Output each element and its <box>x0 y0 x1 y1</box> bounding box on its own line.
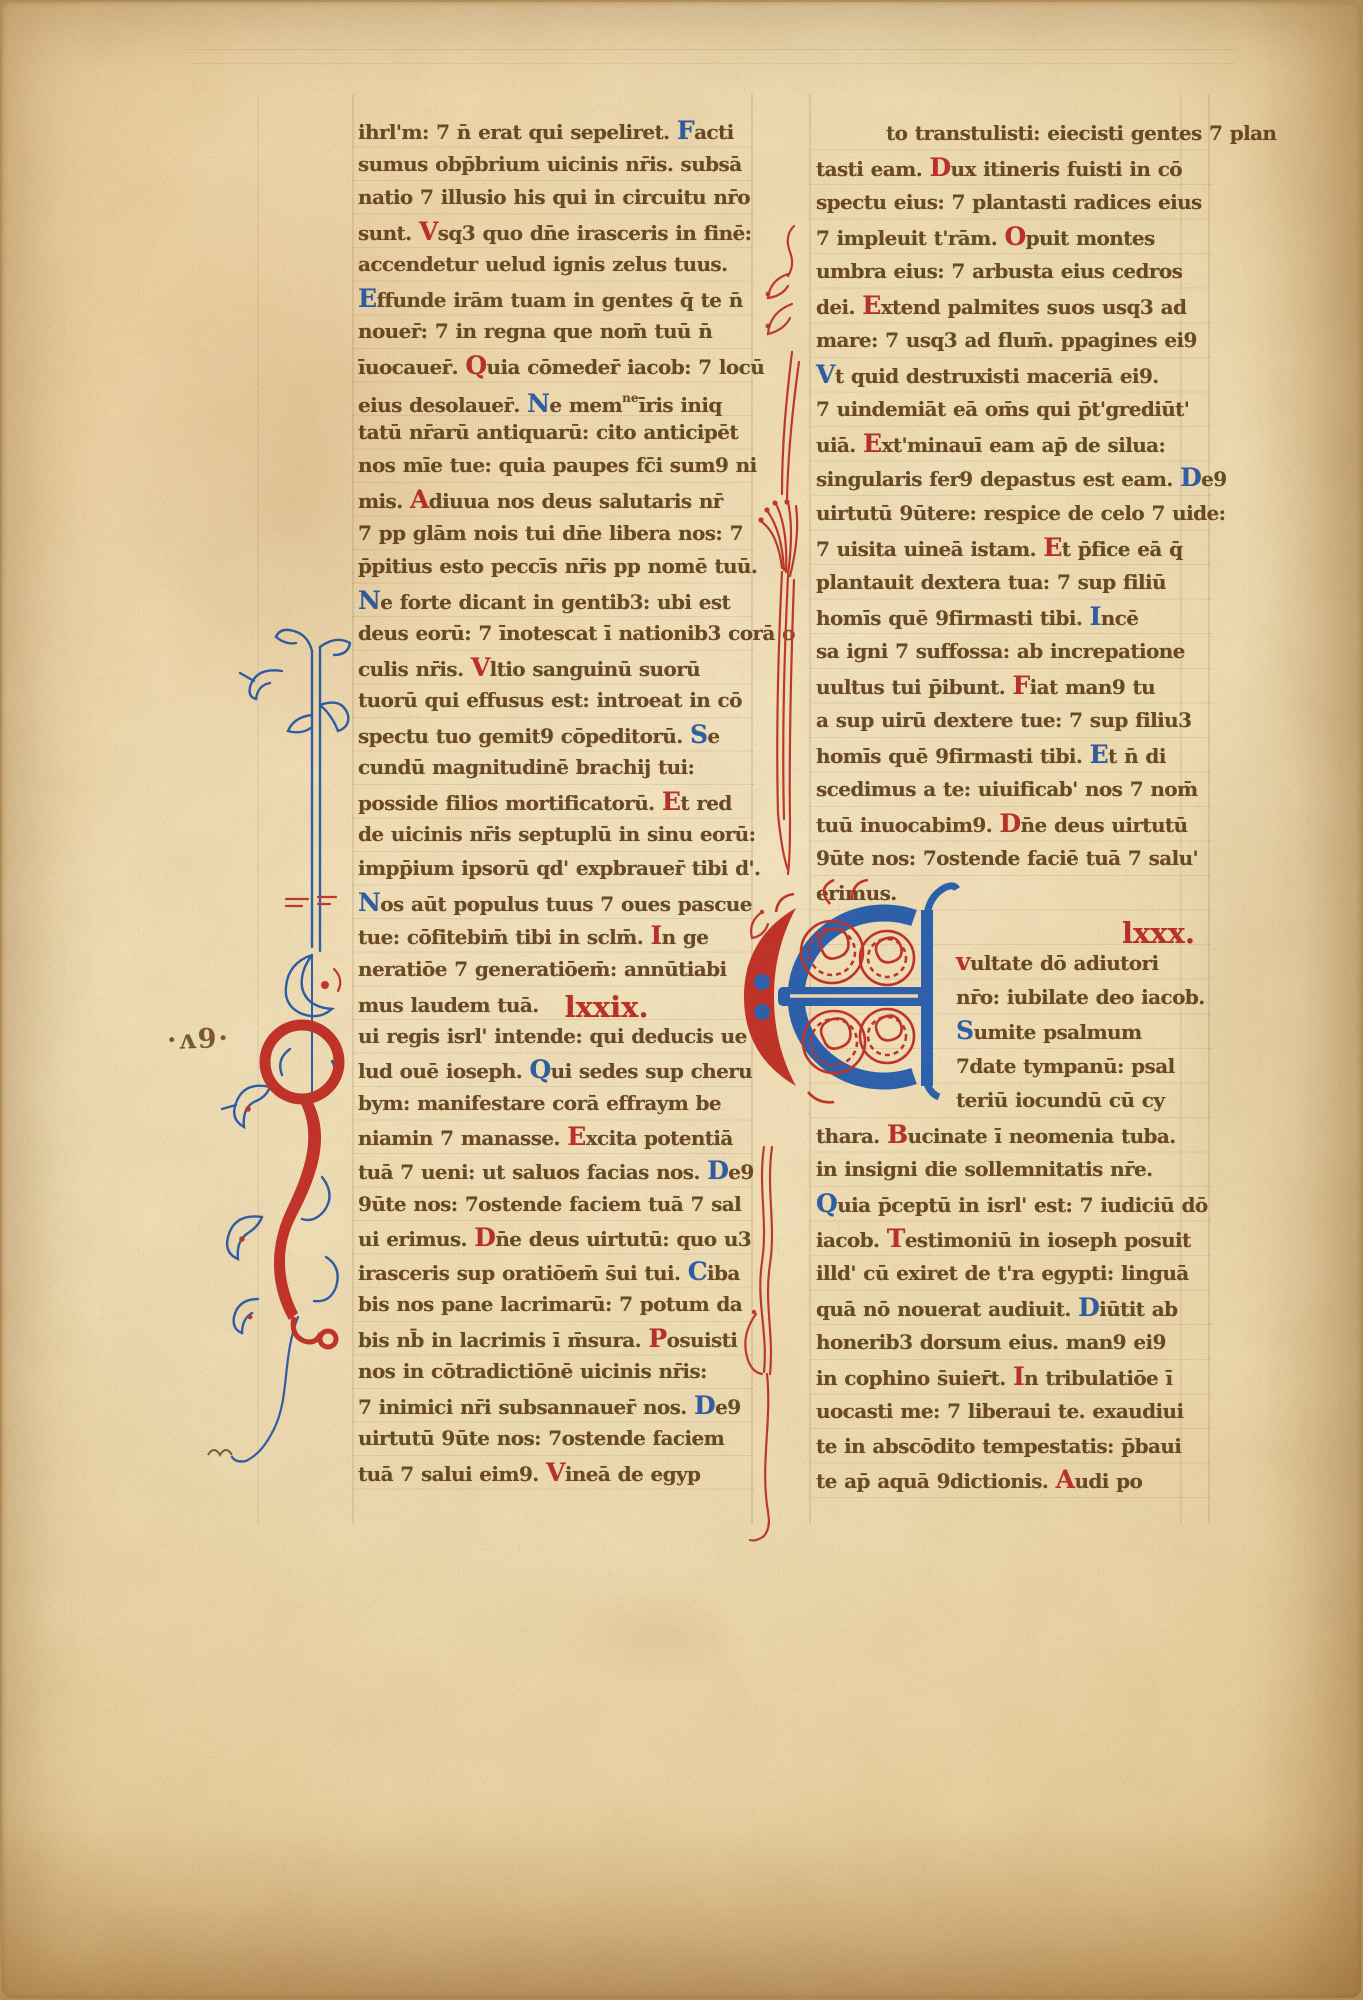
text-line: bis nb̄ in lacrimis ī m̄sura. Posuisti <box>358 1322 758 1356</box>
parchment-stain <box>1241 2 1361 1998</box>
text-segment: 7date tympanū: psal <box>956 1054 1175 1078</box>
text-segment: N <box>358 586 380 615</box>
text-segment: in insigni die sollemnitatis nr̄e. <box>816 1157 1153 1181</box>
text-segment: 7 uisita uineā istam. <box>816 537 1043 561</box>
text-line: illd' cū exiret de t'ra egypti: linguā <box>816 1256 1220 1291</box>
text-segment: nos mīe tue: quia paupes fc̄i sum9 ni <box>358 453 757 477</box>
text-line: vultate dō adiutori <box>816 945 1220 980</box>
ruling-vertical <box>257 94 259 1524</box>
text-line: mus laudem tuā.lxxix. <box>358 986 758 1020</box>
text-segment: E <box>1043 533 1061 562</box>
text-segment: sunt. <box>358 221 419 245</box>
text-segment: mis. <box>358 489 410 513</box>
text-line: teriū iocundū cū cy <box>816 1083 1220 1118</box>
text-line: niamin 7 manasse. Excita potentiā <box>358 1120 758 1154</box>
text-segment: Q <box>529 1055 550 1084</box>
text-segment: n tribulatiōe ī <box>1024 1366 1172 1390</box>
text-segment: uirtutū 9ūte nos: 7ostende faciem <box>358 1426 724 1450</box>
text-segment: dei. <box>816 295 862 319</box>
text-line: tuorū qui effusus est: introeat in cō <box>358 684 758 718</box>
text-line: honerib3 dorsum eius. man9 ei9 <box>816 1325 1220 1360</box>
text-segment: ui erimus. <box>358 1227 474 1251</box>
text-segment: n̄e deus uirtutū: quo u3 <box>495 1227 751 1251</box>
text-line: 9ūte nos: 7ostende faciē tuā 7 salu' <box>816 841 1220 876</box>
text-segment: uultus tui p̄ibunt. <box>816 675 1012 699</box>
text-segment: uirtutū 9ūtere: respice de celo 7 uide: <box>816 501 1225 525</box>
text-segment: natio 7 illusio his qui in circuitu nr̄o <box>358 185 750 209</box>
text-line: to transtulisti: eiecisti gentes 7 plan <box>816 116 1220 151</box>
text-line: de uicinis nr̄is septuplū in sinu eorū: <box>358 818 758 852</box>
text-segment: mare: 7 usq3 ad flum̄. ppagines ei9 <box>816 328 1197 352</box>
text-segment: illd' cū exiret de t'ra egypti: linguā <box>816 1261 1189 1285</box>
text-line: 7 uindemiāt eā om̄s qui p̄t'grediūt' <box>816 392 1220 427</box>
text-segment: diuua nos deus salutaris nr̄ <box>429 489 723 513</box>
manuscript-photo: { "document": { "description_note": "", … <box>0 0 1363 2000</box>
text-segment: acti <box>694 120 734 144</box>
text-segment: S <box>956 1016 973 1045</box>
text-segment: osuisti <box>667 1328 738 1352</box>
text-column-right: to transtulisti: eiecisti gentes 7 plant… <box>816 116 1220 1498</box>
text-segment: iat man9 tu <box>1030 675 1155 699</box>
text-line: ui erimus. Dn̄e deus uirtutū: quo u3 <box>358 1221 758 1255</box>
text-segment: ineā de egyp <box>565 1462 701 1486</box>
text-line: Sumite psalmum <box>816 1014 1220 1049</box>
text-line: tuū inuocabim9. Dn̄e deus uirtutū <box>816 807 1220 842</box>
text-segment: E <box>567 1122 585 1151</box>
text-segment: e forte dicant in gentib3: ubi est <box>380 590 730 614</box>
text-segment: a sup uirū dextere tue: 7 sup filiu3 <box>816 708 1191 732</box>
text-segment: accendetur uelud ignis zelus tuus. <box>358 252 727 276</box>
text-segment: tasti eam. <box>816 157 929 181</box>
text-segment: V <box>471 653 490 682</box>
text-segment: xt'minauī eam ap̄ de silua: <box>882 433 1166 457</box>
text-segment: scedimus a te: uiuificab' nos 7 nom̄ <box>816 777 1198 801</box>
text-segment: C <box>688 1257 707 1286</box>
text-segment: singularis fer9 depastus est eam. <box>816 467 1180 491</box>
text-line: scedimus a te: uiuificab' nos 7 nom̄ <box>816 772 1220 807</box>
text-line: bis nos pane lacrimarū: 7 potum da <box>358 1288 758 1322</box>
text-segment: ux itineris fuisti in cō <box>951 157 1183 181</box>
text-segment: 7 inimici nr̄i subsannauer̄ nos. <box>358 1395 694 1419</box>
text-line: uirtutū 9ūte nos: 7ostende faciem <box>358 1422 758 1456</box>
text-segment: umite psalmum <box>973 1020 1141 1044</box>
text-line: tatū nr̄arū antiquarū: cito anticipēt <box>358 416 758 450</box>
text-segment: deus eorū: 7 īnotescat ī nationib3 corā … <box>358 621 795 645</box>
text-segment: e9 <box>728 1160 753 1184</box>
text-line: neratiōe 7 generatiōem̄: annūtiabi <box>358 953 758 987</box>
text-segment: puit montes <box>1026 226 1155 250</box>
text-segment: E <box>662 787 680 816</box>
text-line: dei. Extend palmites suos usq3 ad <box>816 289 1220 324</box>
text-line: uiā. Ext'minauī eam ap̄ de silua: <box>816 427 1220 462</box>
text-segment: eius desolauer̄. <box>358 393 527 417</box>
text-segment: uiā. <box>816 433 863 457</box>
text-line: accendetur uelud ignis zelus tuus. <box>358 248 758 282</box>
text-line: natio 7 illusio his qui in circuitu nr̄o <box>358 181 758 215</box>
text-segment: O <box>1004 222 1025 251</box>
text-line: homīs quē 9firmasti tibi. Et n̄ di <box>816 738 1220 773</box>
text-line: Effunde irām tuam in gentes q̄ te n̄ <box>358 282 758 316</box>
text-segment: lud ouē ioseph. <box>358 1059 529 1083</box>
text-segment: ncē <box>1101 606 1139 630</box>
text-segment: de uicinis nr̄is septuplū in sinu eorū: <box>358 822 755 846</box>
text-segment: in cophino s̄uier̄t. <box>816 1366 1013 1390</box>
text-segment: thara. <box>816 1124 887 1148</box>
text-line: īuocauer̄. Quia cōmeder̄ iacob: 7 locū <box>358 349 758 383</box>
text-segment: ffunde irām tuam in gentes q̄ te n̄ <box>376 288 742 312</box>
text-segment: t n̄ di <box>1108 744 1166 768</box>
text-segment: E <box>1090 740 1108 769</box>
text-line: tuā 7 ueni: ut saluos facias nos. De9 <box>358 1154 758 1188</box>
text-line: uultus tui p̄ibunt. Fiat man9 tu <box>816 669 1220 704</box>
text-segment: uia p̄ceptū in isrl' est: 7 iudiciū dō <box>837 1193 1207 1217</box>
text-segment: t red <box>680 791 731 815</box>
text-segment: iba <box>707 1261 740 1285</box>
text-segment: posside filios mortificatorū. <box>358 791 662 815</box>
text-segment: e mem <box>549 393 622 417</box>
text-line: sunt. Vsq3 quo dn̄e irasceris in finē: <box>358 215 758 249</box>
text-segment: E <box>863 429 881 458</box>
text-line: erimus. <box>816 876 1220 911</box>
text-line: tuā 7 salui eim9. Vineā de egyp <box>358 1456 758 1490</box>
text-segment: udi po <box>1074 1469 1142 1493</box>
text-segment: n ge <box>662 925 709 949</box>
text-segment: xcita potentiā <box>586 1126 733 1150</box>
text-segment: ui regis isrl' intende: qui deducis ue <box>358 1024 747 1048</box>
text-line: plantauit dextera tua: 7 sup filiū <box>816 565 1220 600</box>
text-segment: uia cōmeder̄ iacob: 7 locū <box>487 355 765 379</box>
text-segment: D <box>1180 463 1201 492</box>
text-line: 7 uisita uineā istam. Et p̄fice eā q̄ <box>816 531 1220 566</box>
text-line: impp̄ium ipsorū qd' expbrauer̄ tibi d'. <box>358 852 758 886</box>
text-segment: niamin 7 manasse. <box>358 1126 567 1150</box>
text-line: cundū magnitudinē brachij tui: <box>358 751 758 785</box>
text-line: nr̄o: iubilate deo iacob. <box>816 980 1220 1015</box>
text-segment: e9 <box>715 1395 740 1419</box>
parchment-stain <box>502 1562 802 1712</box>
text-segment: sa igni 7 suffossa: ab increpatione <box>816 639 1185 663</box>
parchment-page: ihrl'm: 7 n̄ erat qui sepeliret. Factisu… <box>2 2 1361 1998</box>
marginal-annotation: ·ʌ9· <box>166 1023 230 1056</box>
text-segment: D <box>929 153 950 182</box>
text-segment: F <box>1012 671 1029 700</box>
text-segment: Q <box>465 351 486 380</box>
text-segment: p̄pitius esto peccīs nr̄is pp nomē tuū. <box>358 554 757 578</box>
text-segment: honerib3 dorsum eius. man9 ei9 <box>816 1330 1166 1354</box>
text-segment: impp̄ium ipsorū qd' expbrauer̄ tibi d'. <box>358 856 760 880</box>
text-line: ui regis isrl' intende: qui deducis ue <box>358 1020 758 1054</box>
text-segment: estimoniū in ioseph posuit <box>905 1228 1191 1252</box>
text-segment: umbra eius: 7 arbusta eius cedros <box>816 259 1182 283</box>
ruling-vertical <box>809 94 811 1524</box>
text-line: nos mīe tue: quia paupes fc̄i sum9 ni <box>358 449 758 483</box>
text-segment: nouer̄: 7 in regna que nom̄ tuū n̄ <box>358 319 712 343</box>
text-segment: D <box>999 809 1020 838</box>
text-segment: A <box>410 485 429 514</box>
text-segment: iūtit ab <box>1099 1297 1177 1321</box>
text-line: bym: manifestare corā effraym be <box>358 1087 758 1121</box>
text-segment: D <box>474 1223 495 1252</box>
text-line: spectu tuo gemit9 cōpeditorū. Se <box>358 718 758 752</box>
parchment-stain <box>2 1828 1361 1998</box>
text-segment: īuocauer̄. <box>358 355 465 379</box>
text-segment: I <box>1013 1362 1024 1391</box>
text-segment: teriū iocundū cū cy <box>956 1088 1164 1112</box>
text-segment: homīs quē 9firmasti tibi. <box>816 606 1090 630</box>
text-segment: bym: manifestare corā effraym be <box>358 1091 721 1115</box>
text-segment: neratiōe 7 generatiōem̄: annūtiabi <box>358 957 727 981</box>
text-line: irasceris sup oratiōem̄ s̄ui tui. Ciba <box>358 1255 758 1289</box>
text-segment: D <box>1078 1293 1099 1322</box>
text-line: a sup uirū dextere tue: 7 sup filiu3 <box>816 703 1220 738</box>
text-segment: bis nb̄ in lacrimis ī m̄sura. <box>358 1328 648 1352</box>
text-segment: ultate dō adiutori <box>970 951 1159 975</box>
text-line: uirtutū 9ūtere: respice de celo 7 uide: <box>816 496 1220 531</box>
text-line: uocasti me: 7 liberaui te. exaudiui <box>816 1394 1220 1429</box>
text-segment: T <box>887 1224 905 1253</box>
text-line: Ne forte dicant in gentib3: ubi est <box>358 584 758 618</box>
text-line: tue: cōfitebim̄ tibi in sclm̄. In ge <box>358 919 758 953</box>
text-segment: spectu eius: 7 plantasti radices eius <box>816 190 1202 214</box>
text-line: tasti eam. Dux itineris fuisti in cō <box>816 151 1220 186</box>
text-line: mare: 7 usq3 ad flum̄. ppagines ei9 <box>816 323 1220 358</box>
text-segment: ltio sanguinū suorū <box>490 657 700 681</box>
text-segment: F <box>677 116 694 145</box>
text-segment: ihrl'm: 7 n̄ erat qui sepeliret. <box>358 120 677 144</box>
text-line: 7 impleuit t'rām. Opuit montes <box>816 220 1220 255</box>
text-line: homīs quē 9firmasti tibi. Incē <box>816 600 1220 635</box>
text-line: in cophino s̄uier̄t. In tribulatiōe ī <box>816 1360 1220 1395</box>
text-segment: te ap̄ aquā 9dictionis. <box>816 1469 1056 1493</box>
text-line: nos in cōtradictiōnē uicinis nr̄is: <box>358 1355 758 1389</box>
text-segment: D <box>707 1156 728 1185</box>
text-segment: tuā 7 salui eim9. <box>358 1462 546 1486</box>
text-line: iacob. Testimoniū in ioseph posuit <box>816 1222 1220 1257</box>
text-segment: tatū nr̄arū antiquarū: cito anticipēt <box>358 420 738 444</box>
text-segment: quā nō nouerat audiuit. <box>816 1297 1078 1321</box>
text-segment: P <box>648 1324 666 1353</box>
text-segment: 7 uindemiāt eā om̄s qui p̄t'grediūt' <box>816 397 1189 421</box>
text-line: eius desolauer̄. Ne memneīris iniq <box>358 382 758 416</box>
text-segment: sumus obp̄brium uicinis nr̄is. subsā <box>358 152 742 176</box>
text-segment: spectu tuo gemit9 cōpeditorū. <box>358 724 690 748</box>
text-line: 7date tympanū: psal <box>816 1049 1220 1084</box>
text-line: te ap̄ aquā 9dictionis. Audi po <box>816 1463 1220 1498</box>
text-segment: B <box>887 1120 908 1149</box>
text-segment: iacob. <box>816 1228 887 1252</box>
text-segment: ucinate ī neomenia tuba. <box>908 1124 1176 1148</box>
text-segment: t p̄fice eā q̄ <box>1062 537 1183 561</box>
text-segment: ui sedes sup cheru <box>551 1059 753 1083</box>
text-line: Nos aūt populus tuus 7 oues pascue <box>358 886 758 920</box>
text-line: culis nr̄is. Vltio sanguinū suorū <box>358 651 758 685</box>
text-segment: sq3 quo dn̄e irasceris in finē: <box>438 221 752 245</box>
text-segment: I <box>650 921 661 950</box>
text-segment: mus laudem tuā. <box>358 993 539 1017</box>
text-segment: v <box>956 947 970 976</box>
text-segment: irasceris sup oratiōem̄ s̄ui tui. <box>358 1261 688 1285</box>
text-line: te in abscōdito tempestatis: p̄baui <box>816 1429 1220 1464</box>
text-segment: Q <box>816 1189 837 1218</box>
text-segment: E <box>862 291 880 320</box>
text-segment: plantauit dextera tua: 7 sup filiū <box>816 570 1166 594</box>
text-line: lud ouē ioseph. Qui sedes sup cheru <box>358 1053 758 1087</box>
text-line: nouer̄: 7 in regna que nom̄ tuū n̄ <box>358 315 758 349</box>
text-line: thara. Bucinate ī neomenia tuba. <box>816 1118 1220 1153</box>
psalm-number: lxxx. <box>1122 916 1195 950</box>
text-segment: N <box>358 888 380 917</box>
text-segment: erimus. <box>816 881 897 905</box>
text-segment: tuorū qui effusus est: introeat in cō <box>358 688 742 712</box>
text-segment: īris iniq <box>638 393 721 417</box>
text-segment: tue: cōfitebim̄ tibi in sclm̄. <box>358 925 650 949</box>
text-segment: S <box>690 720 707 749</box>
text-line: umbra eius: 7 arbusta eius cedros <box>816 254 1220 289</box>
text-line: mis. Adiuua nos deus salutaris nr̄ <box>358 483 758 517</box>
text-line: posside filios mortificatorū. Et red <box>358 785 758 819</box>
text-line: quā nō nouerat audiuit. Diūtit ab <box>816 1291 1220 1326</box>
text-segment: I <box>1090 602 1101 631</box>
psalm-number: lxxix. <box>565 990 649 1024</box>
text-segment: to transtulisti: eiecisti gentes 7 plan <box>886 121 1276 145</box>
text-line: sumus obp̄brium uicinis nr̄is. subsā <box>358 148 758 182</box>
text-segment: V <box>816 360 835 389</box>
text-segment: te in abscōdito tempestatis: p̄baui <box>816 1434 1181 1458</box>
text-segment: xtend palmites suos usq3 ad <box>881 295 1187 319</box>
text-line: 9ūte nos: 7ostende faciem tuā 7 sal <box>358 1188 758 1222</box>
ruling-horizontal <box>187 49 1237 50</box>
text-segment: ne <box>622 391 638 405</box>
text-segment: 7 impleuit t'rām. <box>816 226 1004 250</box>
text-segment: 9ūte nos: 7ostende faciē tuā 7 salu' <box>816 846 1198 870</box>
text-segment: A <box>1056 1465 1075 1494</box>
text-segment: homīs quē 9firmasti tibi. <box>816 744 1090 768</box>
text-segment: uocasti me: 7 liberaui te. exaudiui <box>816 1399 1183 1423</box>
text-line: lxxx. <box>816 911 1220 946</box>
text-segment: V <box>419 217 438 246</box>
text-segment: nr̄o: iubilate deo iacob. <box>956 985 1205 1009</box>
text-line: spectu eius: 7 plantasti radices eius <box>816 185 1220 220</box>
text-line: 7 pp glām nois tui dn̄e libera nos: 7 <box>358 517 758 551</box>
text-segment: nos in cōtradictiōnē uicinis nr̄is: <box>358 1359 707 1383</box>
text-segment: D <box>694 1391 715 1420</box>
ruling-vertical <box>352 94 354 1524</box>
text-segment: 9ūte nos: 7ostende faciem tuā 7 sal <box>358 1192 741 1216</box>
text-segment: V <box>546 1458 565 1487</box>
text-segment: 7 pp glām nois tui dn̄e libera nos: 7 <box>358 521 743 545</box>
text-segment: N <box>527 389 549 418</box>
text-line: sa igni 7 suffossa: ab increpatione <box>816 634 1220 669</box>
text-segment: t quid destruxisti maceriā ei9. <box>835 364 1159 388</box>
text-segment: tuā 7 ueni: ut saluos facias nos. <box>358 1160 707 1184</box>
text-segment: e <box>707 724 719 748</box>
text-line: Vt quid destruxisti maceriā ei9. <box>816 358 1220 393</box>
text-segment: tuū inuocabim9. <box>816 813 999 837</box>
text-line: singularis fer9 depastus est eam. De9 <box>816 461 1220 496</box>
text-line: in insigni die sollemnitatis nr̄e. <box>816 1152 1220 1187</box>
text-line: Quia p̄ceptū in isrl' est: 7 iudiciū dō <box>816 1187 1220 1222</box>
text-segment: culis nr̄is. <box>358 657 471 681</box>
text-line: ihrl'm: 7 n̄ erat qui sepeliret. Facti <box>358 114 758 148</box>
text-segment: e9 <box>1201 467 1226 491</box>
text-column-left: ihrl'm: 7 n̄ erat qui sepeliret. Factisu… <box>358 114 758 1489</box>
text-segment: bis nos pane lacrimarū: 7 potum da <box>358 1292 742 1316</box>
text-line: 7 inimici nr̄i subsannauer̄ nos. De9 <box>358 1389 758 1423</box>
text-segment: os aūt populus tuus 7 oues pascue <box>380 892 752 916</box>
text-line: deus eorū: 7 īnotescat ī nationib3 corā … <box>358 617 758 651</box>
text-line: p̄pitius esto peccīs nr̄is pp nomē tuū. <box>358 550 758 584</box>
text-segment: E <box>358 284 376 313</box>
text-segment: n̄e deus uirtutū <box>1021 813 1188 837</box>
ruling-horizontal <box>187 63 1237 64</box>
text-segment: cundū magnitudinē brachij tui: <box>358 755 694 779</box>
